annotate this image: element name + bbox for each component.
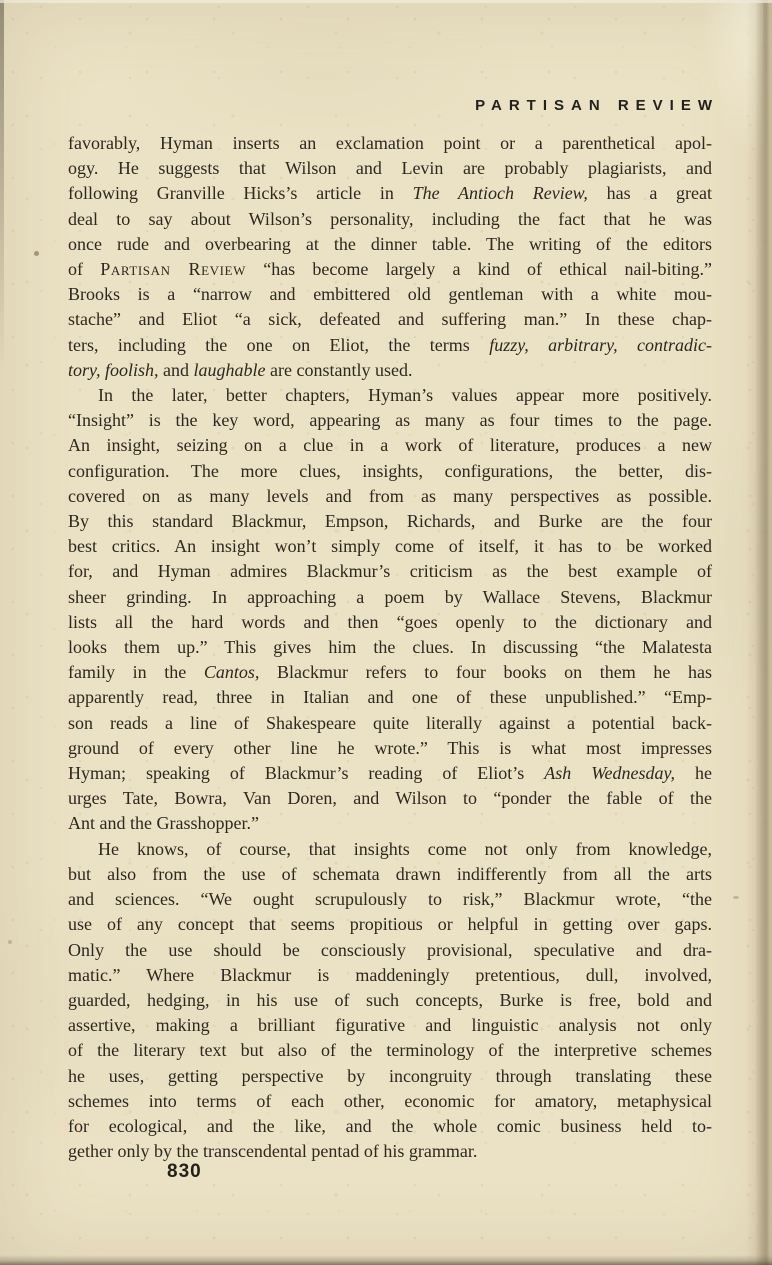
- body-text: he: [675, 763, 712, 783]
- body-text: matic.” Where Blackmur is maddeningly pr…: [68, 965, 712, 985]
- body-text: deal to say about Wilson’s personality, …: [68, 209, 712, 229]
- body-text: but also from the use of schemata drawn …: [68, 864, 712, 884]
- text-line: Hyman; speaking of Blackmur’s reading of…: [68, 761, 712, 786]
- body-text: of the literary text but also of the ter…: [68, 1040, 712, 1060]
- text-line: following Granville Hicks’s article in T…: [68, 181, 712, 206]
- paper-speck: [34, 251, 39, 256]
- body-text: configuration. The more clues, insights,…: [68, 461, 712, 481]
- body-text: favorably, Hyman inserts an exclamation …: [68, 133, 712, 153]
- body-text: best critics. An insight won’t simply co…: [68, 536, 712, 556]
- text-line: stache” and Eliot “a sick, defeated and …: [68, 307, 712, 332]
- text-line: By this standard Blackmur, Empson, Richa…: [68, 509, 712, 534]
- body-text: guarded, hedging, in his use of such con…: [68, 990, 712, 1010]
- text-line: use of any concept that seems propitious…: [68, 912, 712, 937]
- body-text: sheer grinding. In approaching a poem by…: [68, 587, 712, 607]
- body-text: of: [68, 259, 100, 279]
- text-line: assertive, making a brilliant figurative…: [68, 1013, 712, 1038]
- text-line: of Partisan Review “has become largely a…: [68, 257, 712, 282]
- body-text: assertive, making a brilliant figurative…: [68, 1015, 712, 1035]
- text-line: urges Tate, Bowra, Van Doren, and Wilson…: [68, 786, 712, 811]
- text-line: once rude and overbearing at the dinner …: [68, 232, 712, 257]
- body-text: son reads a line of Shakespeare quite li…: [68, 713, 712, 733]
- body-text: and sciences. “We ought scrupulously to …: [68, 889, 712, 909]
- text-line: for ecological, and the like, and the wh…: [68, 1114, 712, 1139]
- text-line: of the literary text but also of the ter…: [68, 1038, 712, 1063]
- text-line: sheer grinding. In approaching a poem by…: [68, 585, 712, 610]
- body-text: ters, including the one on Eliot, the te…: [68, 335, 489, 355]
- text-line: schemes into terms of each other, econom…: [68, 1089, 712, 1114]
- body-text: He knows, of course, that insights come …: [98, 839, 712, 859]
- body-text: ogy. He suggests that Wilson and Levin a…: [68, 158, 712, 178]
- text-line: configuration. The more clues, insights,…: [68, 459, 712, 484]
- body-text: In the later, better chapters, Hyman’s v…: [98, 385, 712, 405]
- paragraph: favorably, Hyman inserts an exclamation …: [68, 131, 712, 383]
- body-text: for ecological, and the like, and the wh…: [68, 1116, 712, 1136]
- body-text: Ant and the Grasshopper.”: [68, 813, 259, 833]
- text-line: In the later, better chapters, Hyman’s v…: [68, 383, 712, 408]
- body-text: Brooks is a “narrow and embittered old g…: [68, 284, 712, 304]
- body-text: are constantly used.: [266, 360, 413, 380]
- body-text: use of any concept that seems propitious…: [68, 914, 712, 934]
- page-edge-shadow-bottom: [0, 1255, 772, 1265]
- text-line: ground of every other line he wrote.” Th…: [68, 736, 712, 761]
- text-line: ters, including the one on Eliot, the te…: [68, 333, 712, 358]
- scanned-page: PARTISAN REVIEW favorably, Hyman inserts…: [0, 0, 772, 1265]
- page-number: 830: [167, 1161, 202, 1183]
- body-text: once rude and overbearing at the dinner …: [68, 234, 712, 254]
- text-line: An insight, seizing on a clue in a work …: [68, 433, 712, 458]
- body-text: Blackmur refers to four books on them he…: [259, 662, 712, 682]
- paper-speck: [8, 940, 12, 944]
- text-line: deal to say about Wilson’s personality, …: [68, 207, 712, 232]
- italic-text: The Antioch Review,: [413, 183, 588, 203]
- body-text: By this standard Blackmur, Empson, Richa…: [68, 511, 712, 531]
- body-text: apparently read, three in Italian and on…: [68, 687, 712, 707]
- body-text: following Granville Hicks’s article in: [68, 183, 413, 203]
- body-text: family in the: [68, 662, 204, 682]
- text-line: matic.” Where Blackmur is maddeningly pr…: [68, 963, 712, 988]
- text-line: family in the Cantos, Blackmur refers to…: [68, 660, 712, 685]
- text-line: Only the use should be consciously provi…: [68, 938, 712, 963]
- body-text: for, and Hyman admires Blackmur’s critic…: [68, 561, 712, 581]
- smallcaps-text: Partisan Review: [100, 259, 246, 279]
- text-line: covered on as many levels and from as ma…: [68, 484, 712, 509]
- text-line: Ant and the Grasshopper.”: [68, 811, 712, 836]
- running-head: PARTISAN REVIEW: [68, 97, 719, 114]
- body-text: Hyman; speaking of Blackmur’s reading of…: [68, 763, 544, 783]
- page-edge-shadow-right: [746, 0, 772, 1265]
- body-text: “has become largely a kind of ethical na…: [246, 259, 712, 279]
- text-line: favorably, Hyman inserts an exclamation …: [68, 131, 712, 156]
- body-text: covered on as many levels and from as ma…: [68, 486, 712, 506]
- body-text: lists all the hard words and then “goes …: [68, 612, 712, 632]
- text-line: for, and Hyman admires Blackmur’s critic…: [68, 559, 712, 584]
- text-line: lists all the hard words and then “goes …: [68, 610, 712, 635]
- body-text: and: [159, 360, 194, 380]
- body-text: An insight, seizing on a clue in a work …: [68, 435, 712, 455]
- text-line: He knows, of course, that insights come …: [68, 837, 712, 862]
- paragraph: He knows, of course, that insights come …: [68, 837, 712, 1165]
- text-line: ogy. He suggests that Wilson and Levin a…: [68, 156, 712, 181]
- page-text: favorably, Hyman inserts an exclamation …: [68, 131, 712, 1164]
- text-line: apparently read, three in Italian and on…: [68, 685, 712, 710]
- text-line: best critics. An insight won’t simply co…: [68, 534, 712, 559]
- body-text: looks them up.” This gives him the clues…: [68, 637, 712, 657]
- italic-text: Ash Wednesday,: [544, 763, 675, 783]
- body-text: stache” and Eliot “a sick, defeated and …: [68, 309, 712, 329]
- text-line: and sciences. “We ought scrupulously to …: [68, 887, 712, 912]
- body-text: “Insight” is the key word, appearing as …: [68, 410, 712, 430]
- body-text: urges Tate, Bowra, Van Doren, and Wilson…: [68, 788, 712, 808]
- text-line: looks them up.” This gives him the clues…: [68, 635, 712, 660]
- page-edge-highlight-top: [0, 0, 772, 3]
- paper-speck: [733, 896, 739, 899]
- text-line: “Insight” is the key word, appearing as …: [68, 408, 712, 433]
- italic-text: laughable: [194, 360, 266, 380]
- body-text: gether only by the transcendental pentad…: [68, 1141, 477, 1161]
- italic-text: tory, foolish,: [68, 360, 159, 380]
- body-text: schemes into terms of each other, econom…: [68, 1091, 712, 1111]
- text-line: guarded, hedging, in his use of such con…: [68, 988, 712, 1013]
- text-line: Brooks is a “narrow and embittered old g…: [68, 282, 712, 307]
- text-line: but also from the use of schemata drawn …: [68, 862, 712, 887]
- body-text: has a great: [588, 183, 712, 203]
- text-line: he uses, getting perspective by incongru…: [68, 1064, 712, 1089]
- italic-text: Cantos,: [204, 662, 260, 682]
- text-line: tory, foolish, and laughable are constan…: [68, 358, 712, 383]
- paragraph: In the later, better chapters, Hyman’s v…: [68, 383, 712, 837]
- italic-text: fuzzy, arbitrary, contradic-: [489, 335, 712, 355]
- text-line: son reads a line of Shakespeare quite li…: [68, 711, 712, 736]
- body-text: Only the use should be consciously provi…: [68, 940, 712, 960]
- body-text: he uses, getting perspective by incongru…: [68, 1066, 712, 1086]
- body-text: ground of every other line he wrote.” Th…: [68, 738, 712, 758]
- text-line: gether only by the transcendental pentad…: [68, 1139, 712, 1164]
- page-edge-shadow-left: [0, 0, 4, 370]
